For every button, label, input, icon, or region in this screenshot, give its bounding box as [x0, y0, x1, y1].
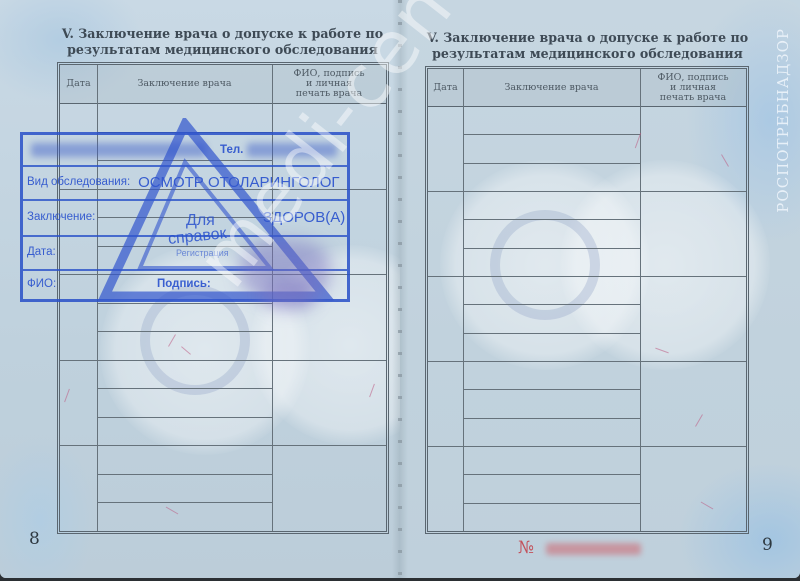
row-divider — [60, 445, 386, 446]
conclusion-subline — [463, 248, 640, 249]
conclusion-subline — [97, 474, 272, 475]
document-spread: V. Заключение врача о допуске к работе п… — [0, 0, 800, 578]
row-divider — [428, 361, 746, 362]
redacted-signature — [265, 280, 315, 310]
right-page: V. Заключение врача о допуске к работе п… — [400, 0, 800, 578]
conclusion-subline — [463, 474, 640, 475]
header-conclusion: Заключение врача — [97, 65, 272, 103]
conclusion-subline — [97, 331, 272, 332]
conclusion-subline — [463, 304, 640, 305]
brand-rospotrebnadzor: РОСПОТРЕБНАДЗОР — [774, 28, 792, 213]
row-divider — [428, 191, 746, 192]
redacted-serial — [546, 543, 641, 555]
section-title: V. Заключение врача о допуске к работе п… — [420, 30, 755, 62]
conclusion-subline — [97, 417, 272, 418]
header-signature: ФИО, подпись и личная печать врача — [640, 69, 746, 106]
column-divider — [640, 69, 641, 531]
header-date: Дата — [428, 69, 463, 106]
header-date: Дата — [60, 65, 97, 103]
row-divider — [428, 446, 746, 447]
conclusion-subline — [463, 134, 640, 135]
conclusion-subline — [463, 503, 640, 504]
row-divider — [60, 360, 386, 361]
serial-number: № — [518, 538, 641, 558]
conclusion-subline — [463, 163, 640, 164]
conclusion-subline — [463, 219, 640, 220]
conclusion-subline — [463, 333, 640, 334]
conclusion-table: Дата Заключение врача ФИО, подпись и лич… — [425, 66, 749, 534]
row-divider — [428, 276, 746, 277]
page-number-right: 9 — [762, 535, 773, 555]
conclusion-subline — [97, 388, 272, 389]
page-number-left: 8 — [29, 529, 40, 549]
header-conclusion: Заключение врача — [463, 69, 640, 106]
table-header: Дата Заключение врача ФИО, подпись и лич… — [428, 69, 746, 107]
column-divider — [463, 69, 464, 531]
conclusion-subline — [463, 389, 640, 390]
conclusion-subline — [97, 502, 272, 503]
conclusion-subline — [463, 418, 640, 419]
